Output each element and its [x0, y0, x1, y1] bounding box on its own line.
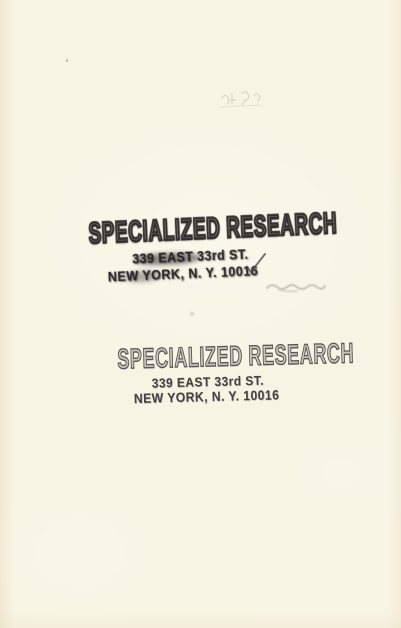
- pencil-check-mark: [245, 250, 271, 278]
- paper-speck: [189, 311, 195, 317]
- ownership-stamp-clean: SPECIALIZED RESEARCH 339 EAST 33rd ST. N…: [62, 339, 367, 407]
- scanned-page: SPECIALIZED RESEARCH 339 EAST 33rd ST. N…: [0, 0, 401, 628]
- ownership-stamp-heavy: SPECIALIZED RESEARCH 339 EAST 33rd ST. N…: [37, 209, 343, 286]
- stamp-name-line: SPECIALIZED RESEARCH: [88, 211, 281, 249]
- paper-speck: [66, 59, 68, 62]
- scribble-smudge: [265, 280, 327, 294]
- erased-pencil-note: [216, 84, 268, 112]
- stamp-name-line: SPECIALIZED RESEARCH: [117, 340, 312, 373]
